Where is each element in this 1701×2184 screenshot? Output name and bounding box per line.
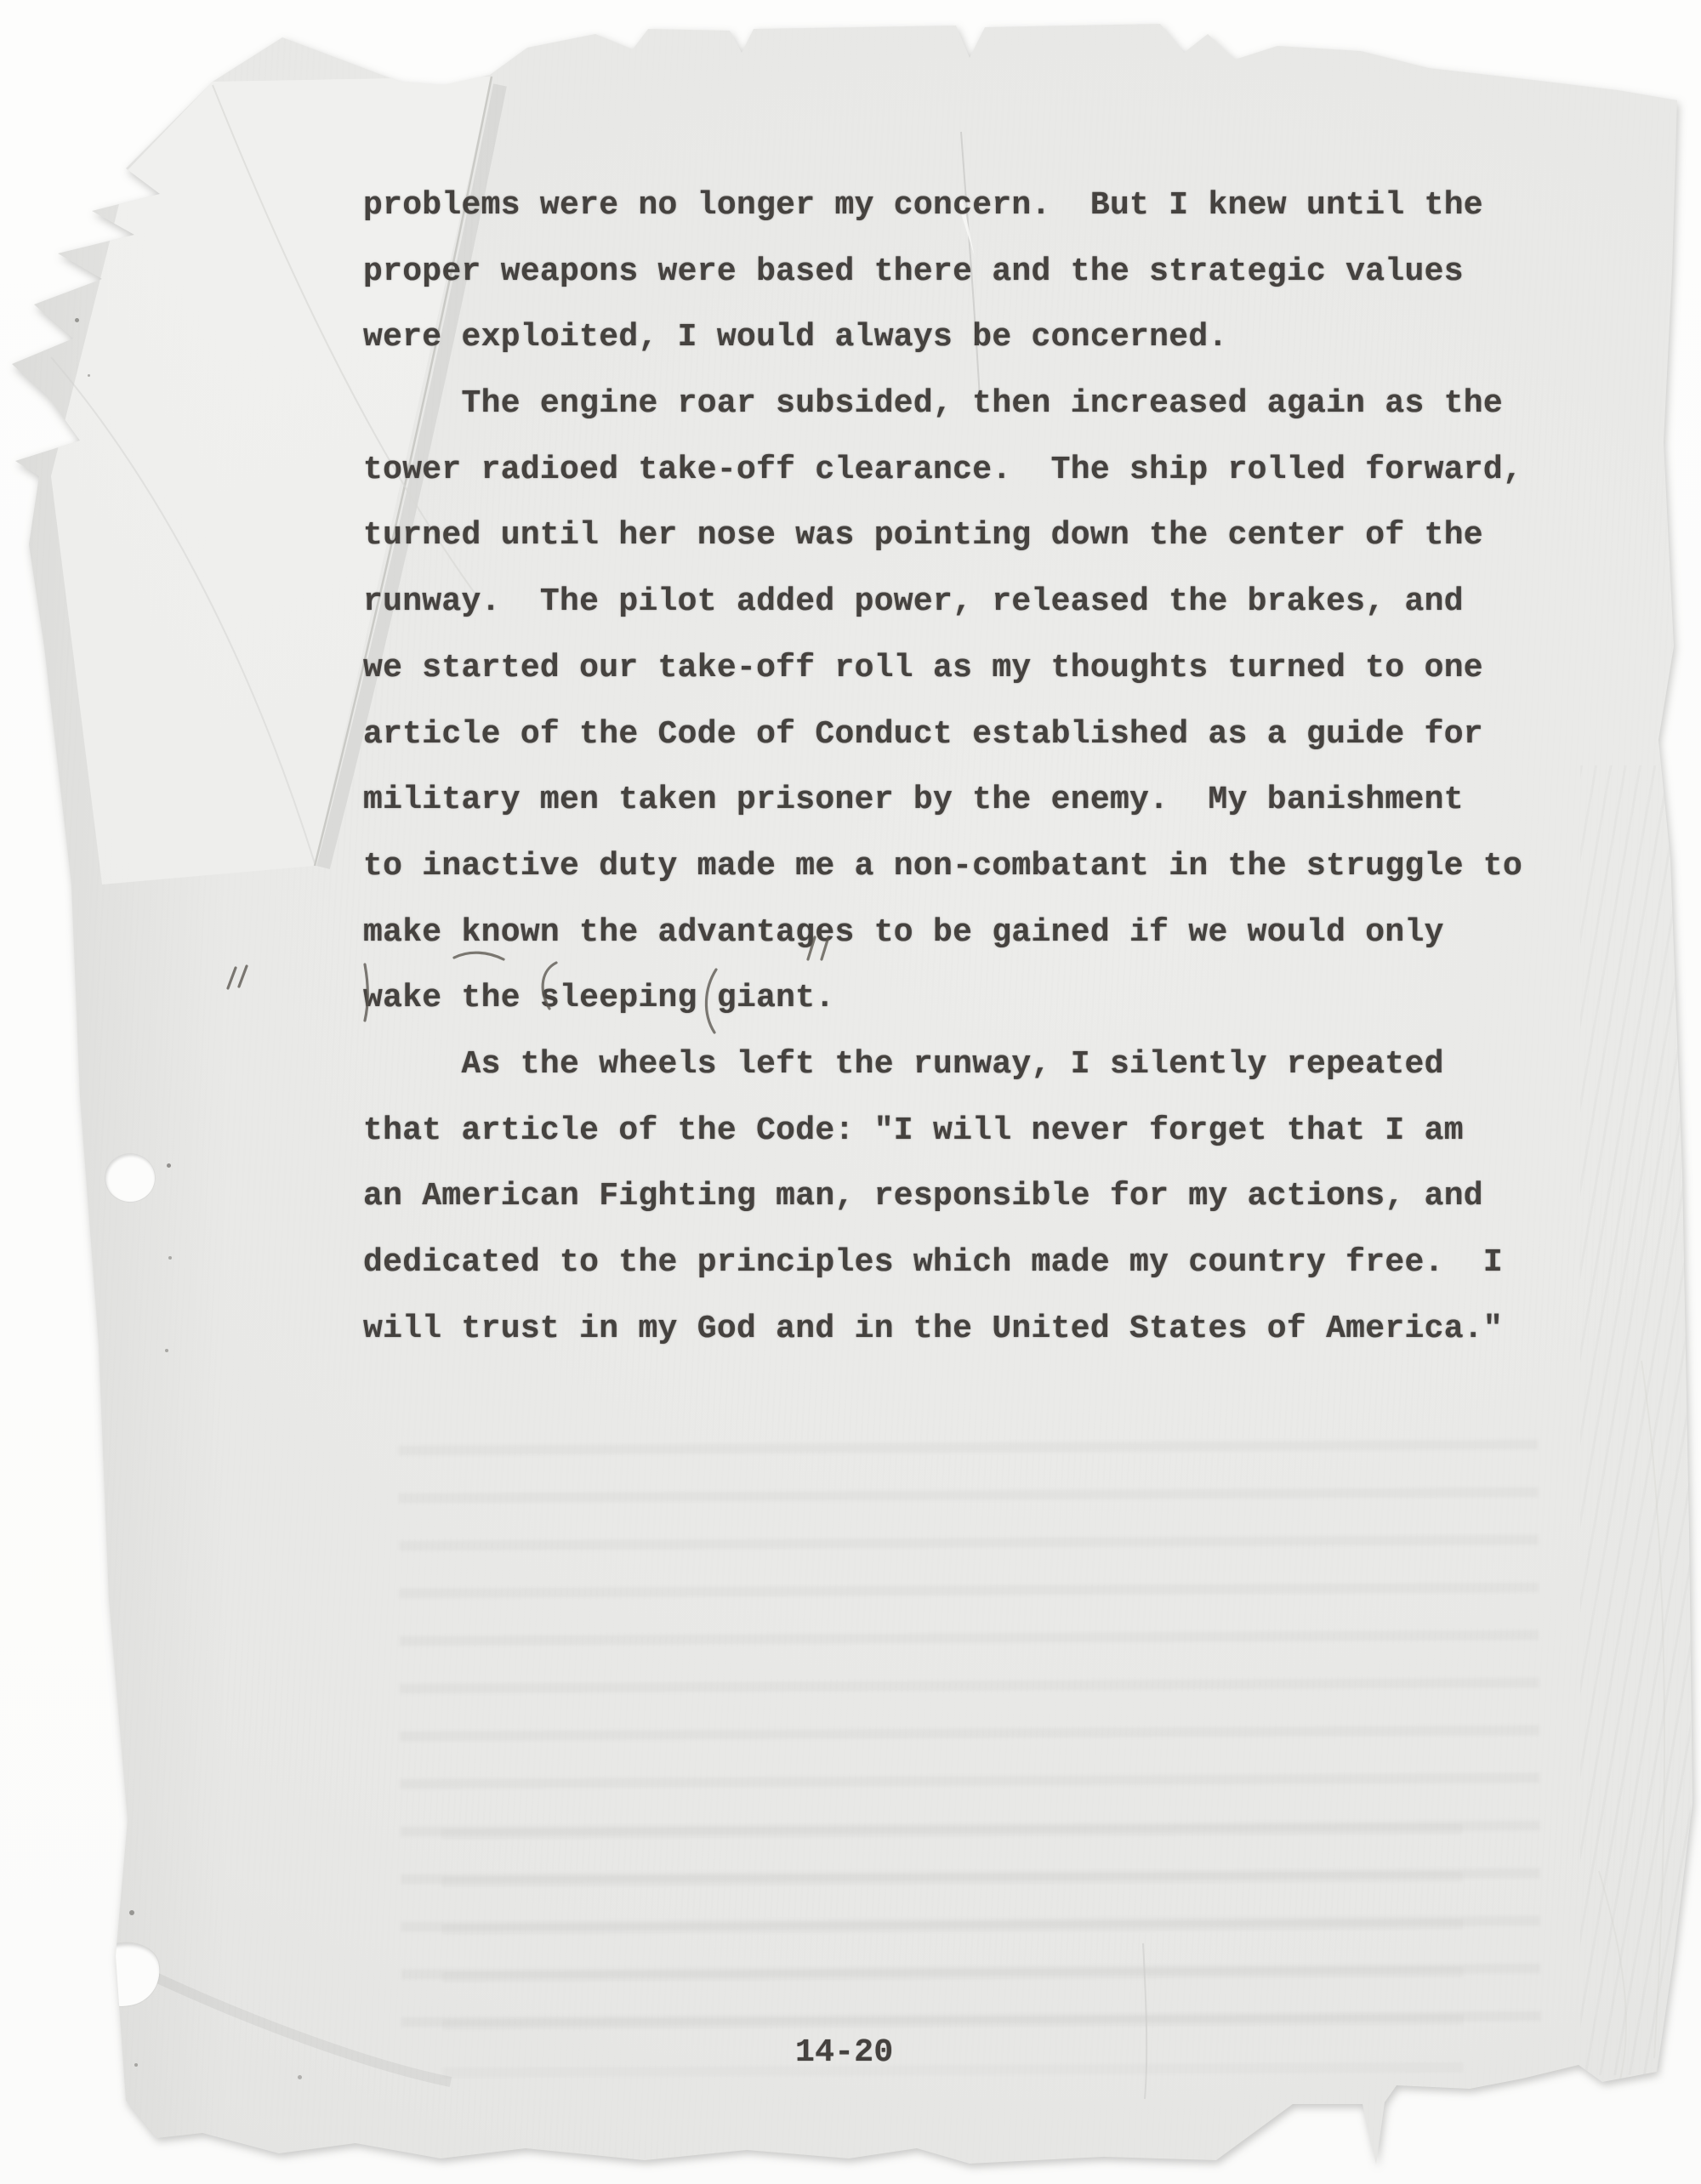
paper-sheet: problems were no longer my concern. But … — [0, 0, 1701, 2184]
typed-line: to inactive duty made me a non-combatant… — [363, 833, 1571, 900]
typed-line: runway. The pilot added power, released … — [363, 569, 1571, 635]
paragraph: As the wheels left the runway, I silentl… — [363, 1032, 1571, 1362]
ink-speckle — [75, 318, 79, 322]
ink-speckle — [165, 1349, 168, 1352]
typed-line: we started our take-off roll as my thoug… — [363, 635, 1571, 702]
typescript-text: problems were no longer my concern. But … — [363, 173, 1571, 1362]
typed-line: The engine roar subsided, then increased… — [363, 371, 1571, 437]
typed-line: were exploited, I would always be concer… — [363, 304, 1571, 371]
ink-speckle — [168, 1256, 172, 1260]
page-number: 14-20 — [795, 2034, 894, 2071]
typed-line: tower radioed take-off clearance. The sh… — [363, 437, 1571, 503]
ink-speckle — [74, 1337, 78, 1341]
ink-speckle — [71, 223, 75, 226]
typed-line: wake the sleeping giant. — [363, 965, 1571, 1032]
paragraph: The engine roar subsided, then increased… — [363, 371, 1571, 1032]
torn-punch-hole-tear — [71, 1959, 96, 1978]
scanned-page-canvas: problems were no longer my concern. But … — [0, 0, 1701, 2184]
paper-surface: problems were no longer my concern. But … — [0, 0, 1701, 2184]
typed-line: military men taken prisoner by the enemy… — [363, 767, 1571, 833]
ink-speckle — [129, 1910, 134, 1915]
bleed-through-marks — [441, 1817, 1464, 2078]
typed-line: proper weapons were based there and the … — [363, 239, 1571, 305]
typed-line: that article of the Code: "I will never … — [363, 1098, 1571, 1164]
typed-line: problems were no longer my concern. But … — [363, 173, 1571, 239]
punch-hole — [105, 1154, 155, 1202]
ink-speckle — [73, 1211, 77, 1214]
typed-line: article of the Code of Conduct establish… — [363, 702, 1571, 768]
ink-speckle — [71, 1250, 75, 1254]
paragraph: problems were no longer my concern. But … — [363, 173, 1571, 371]
typed-line: As the wheels left the runway, I silentl… — [363, 1032, 1571, 1098]
typed-line: dedicated to the principles which made m… — [363, 1230, 1571, 1296]
right-edge-wrinkles — [1580, 765, 1691, 2075]
ink-speckle — [79, 1231, 82, 1235]
typed-line: make known the advantages to be gained i… — [363, 900, 1571, 966]
typed-line: will trust in my God and in the United S… — [363, 1296, 1571, 1362]
ink-speckle — [167, 1163, 171, 1168]
ink-speckle — [134, 2063, 138, 2067]
ink-speckle — [88, 374, 90, 377]
ink-speckle — [83, 270, 87, 274]
ink-speckle — [104, 2017, 108, 2022]
ink-speckle — [298, 2075, 302, 2079]
typed-line: turned until her nose was pointing down … — [363, 503, 1571, 569]
typed-line: an American Fighting man, responsible fo… — [363, 1163, 1571, 1230]
ink-speckle — [71, 1317, 75, 1321]
